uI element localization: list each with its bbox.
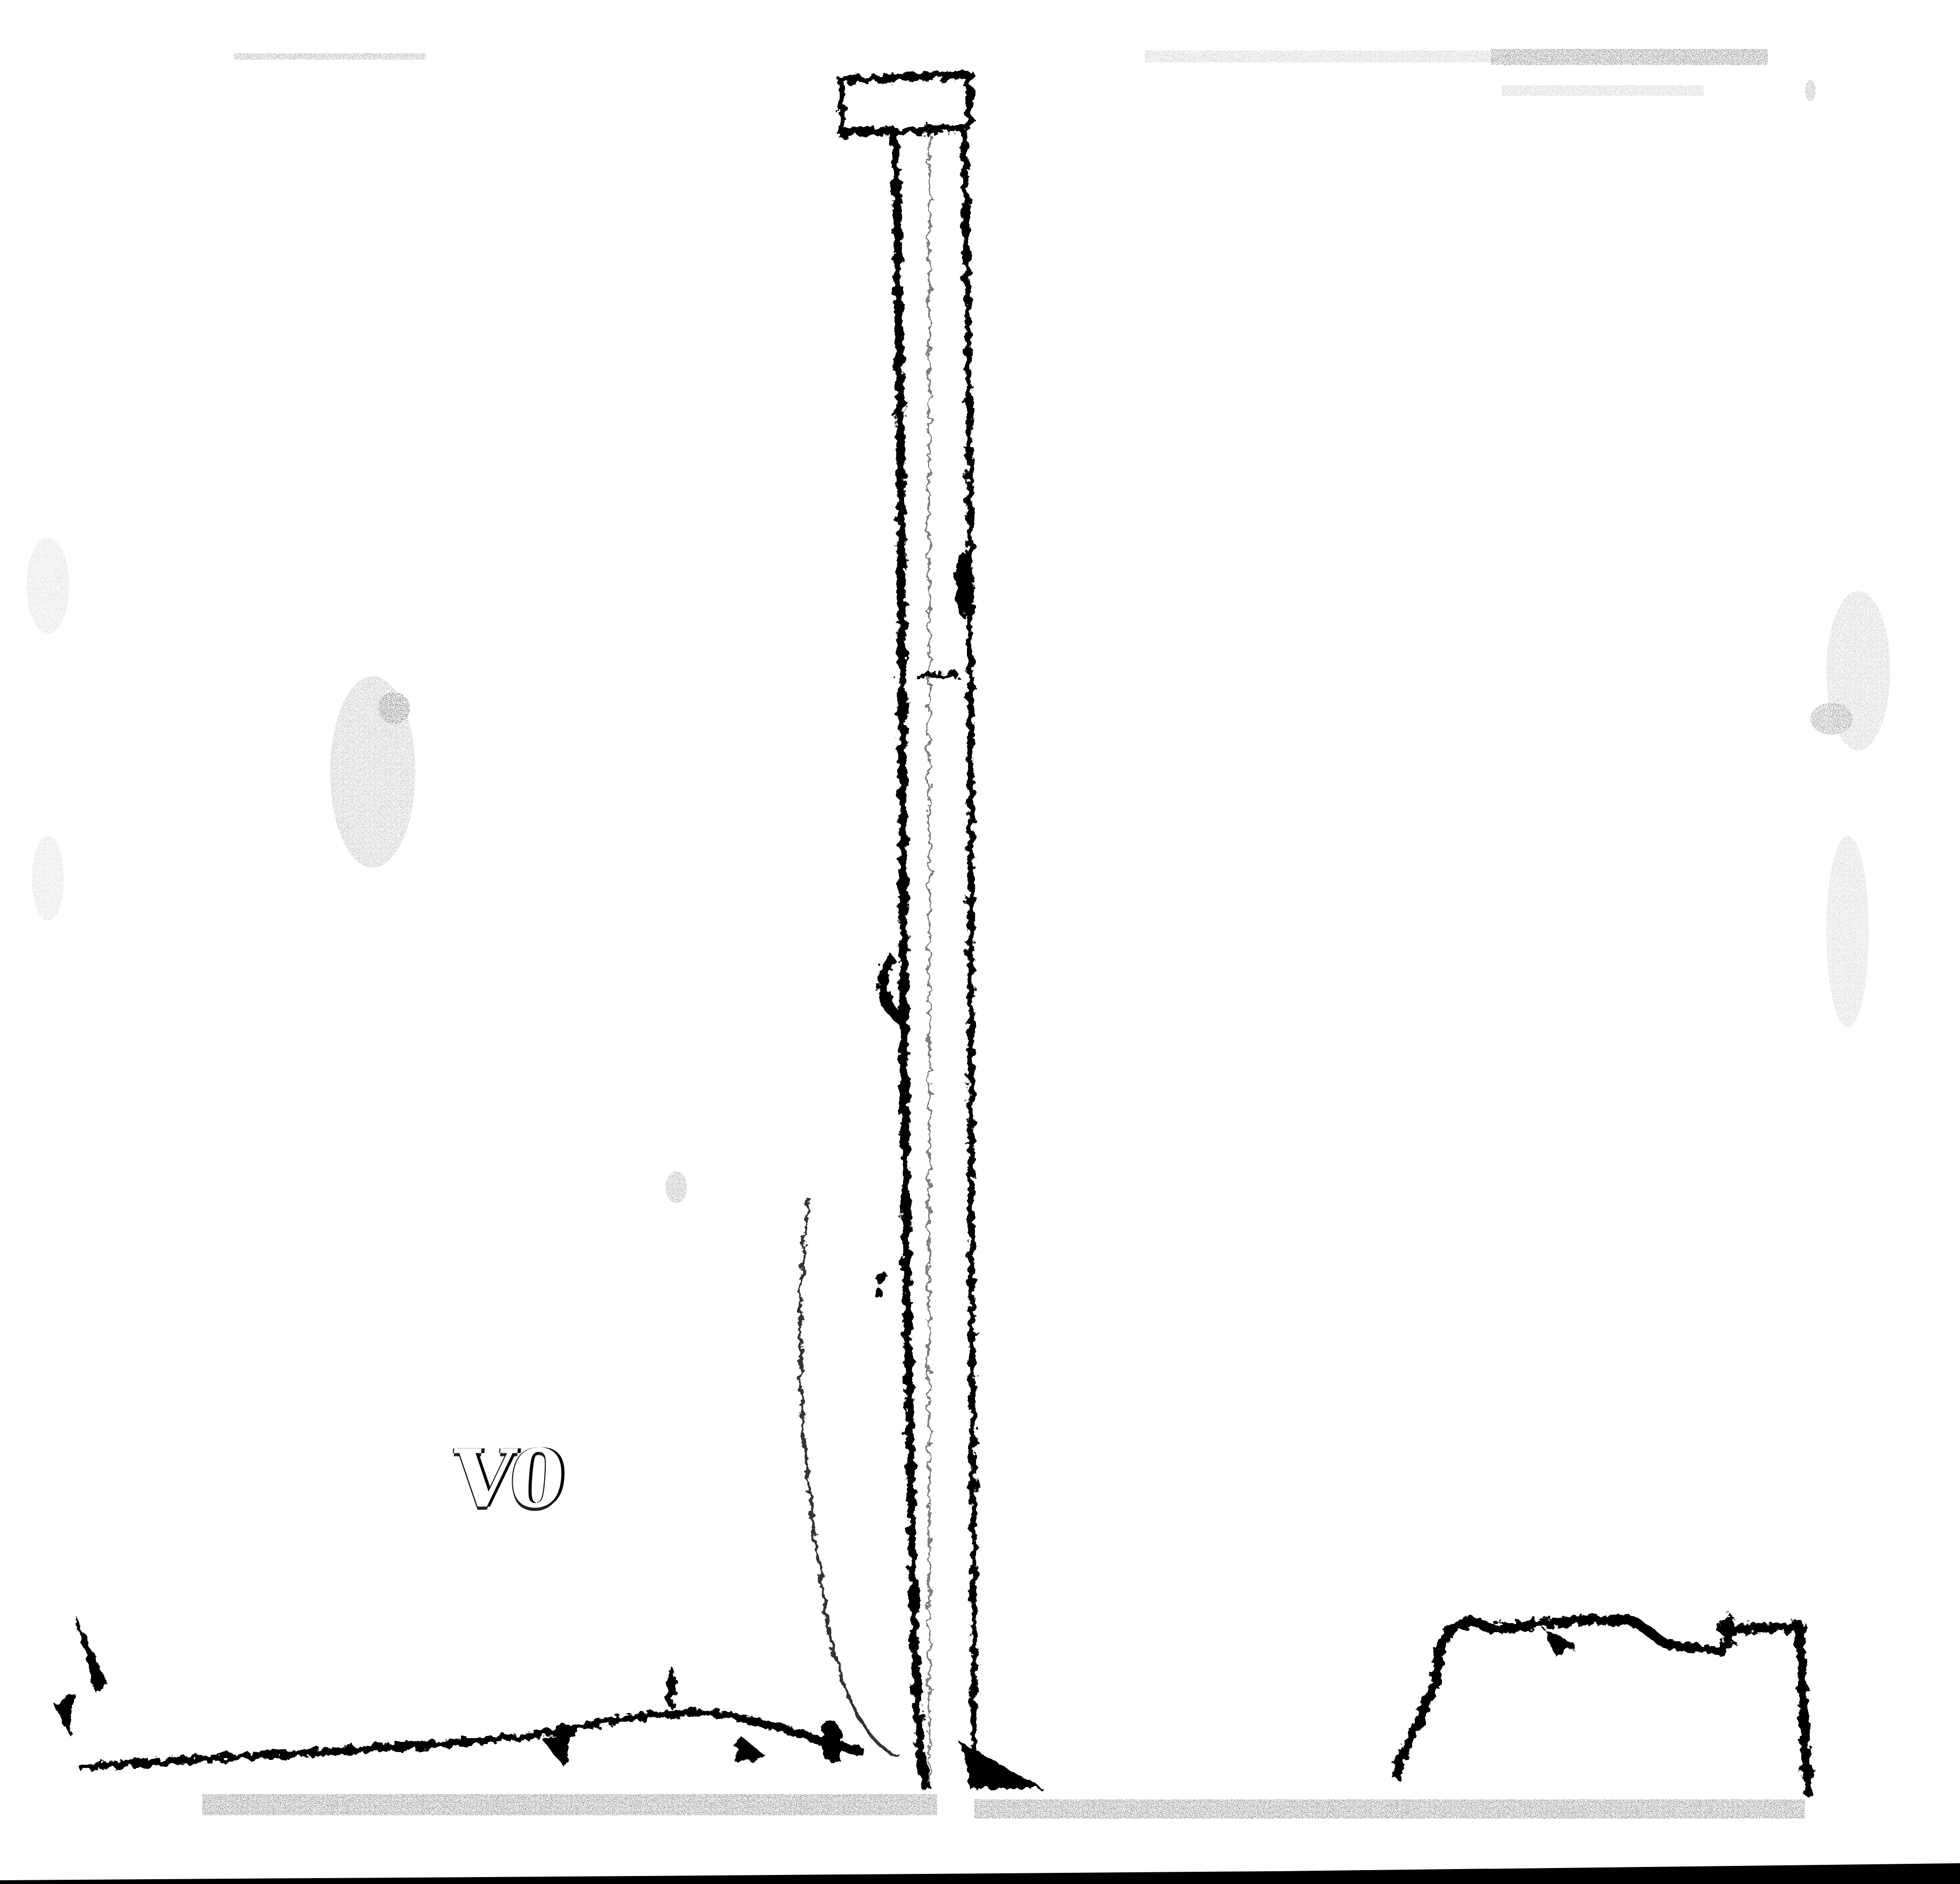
bottom-left-shadow: [202, 1794, 937, 1815]
right-edge-marks: [1805, 80, 1890, 1027]
bottom-right-flap: [1395, 1613, 1808, 1794]
top-edge-marks: [234, 49, 1768, 96]
stamped-mark: V0: [449, 1432, 563, 1526]
spine: [800, 75, 1044, 1789]
scanner-edge-line: [0, 1863, 1960, 1884]
book-cover-scan: [0, 0, 1960, 1884]
left-edge-marks: [27, 538, 687, 1203]
bottom-left-damage: [53, 1613, 863, 1767]
bottom-right-shadow: [974, 1799, 1805, 1819]
